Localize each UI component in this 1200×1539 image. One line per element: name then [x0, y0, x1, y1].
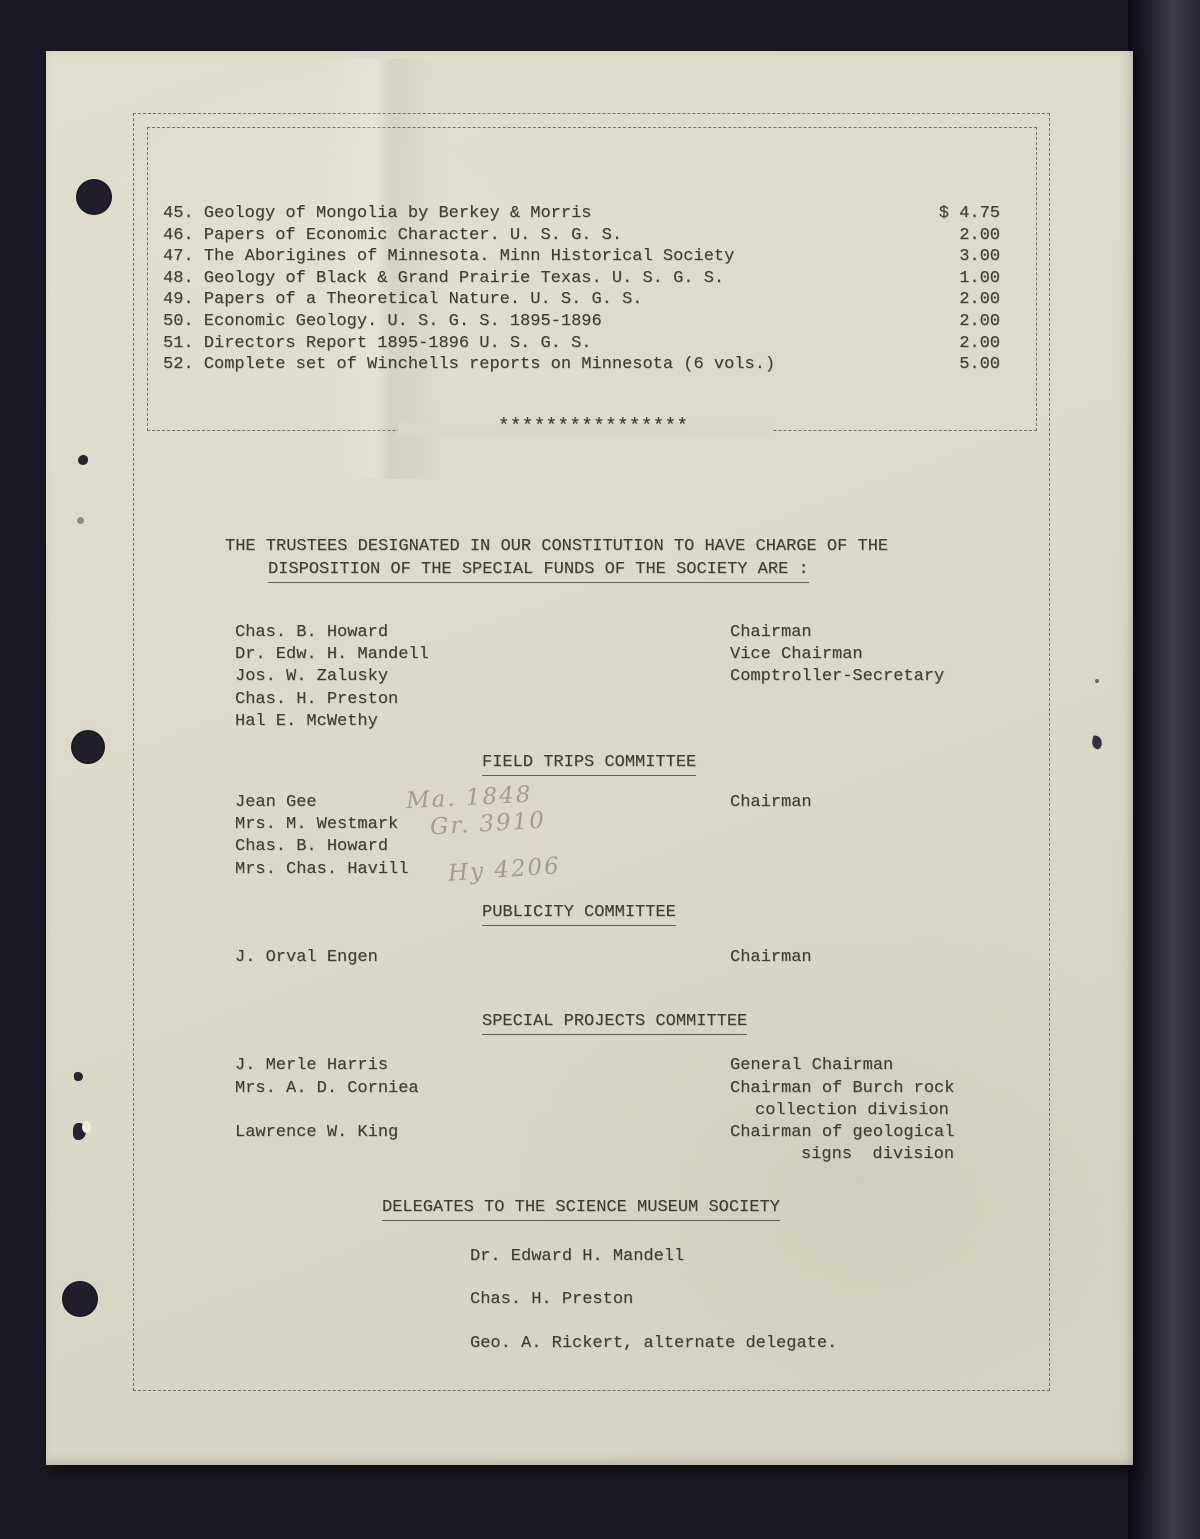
punch-hole — [76, 179, 112, 215]
trustee-name: Jos. W. Zalusky — [235, 667, 388, 687]
ink-mark — [1091, 735, 1103, 750]
punch-hole — [71, 730, 105, 764]
member-role: Chairman of Burch rock — [730, 1079, 954, 1099]
paper-speck — [74, 1072, 83, 1081]
trustee-role: Vice Chairman — [730, 645, 863, 665]
committee-heading-field-trips: FIELD TRIPS COMMITTEE — [482, 753, 696, 776]
price-list-row: 46. Papers of Economic Character. U. S. … — [163, 226, 1000, 246]
member-name: Mrs. Chas. Havill — [235, 860, 408, 880]
trustee-role: Comptroller-Secretary — [730, 667, 944, 687]
trustee-name: Hal E. McWethy — [235, 712, 378, 732]
member-role: Chairman — [730, 793, 812, 813]
price-item-amount: $ 4.75 — [939, 204, 1000, 224]
member-name: Mrs. A. D. Corniea — [235, 1079, 419, 1099]
trustees-heading-line1: THE TRUSTEES DESIGNATED IN OUR CONSTITUT… — [225, 537, 888, 557]
trustee-name: Dr. Edw. H. Mandell — [235, 645, 429, 665]
price-item-label: 49. Papers of a Theoretical Nature. U. S… — [163, 290, 642, 310]
price-item-amount: 5.00 — [959, 355, 1000, 375]
committee-heading-publicity: PUBLICITY COMMITTEE — [482, 903, 676, 926]
member-name: Jean Gee — [235, 793, 317, 813]
price-item-label: 47. The Aborigines of Minnesota. Minn Hi… — [163, 247, 734, 267]
price-item-amount: 3.00 — [959, 247, 1000, 267]
member-name: J. Merle Harris — [235, 1056, 388, 1076]
price-item-label: 51. Directors Report 1895-1896 U. S. G. … — [163, 334, 591, 354]
price-item-amount: 2.00 — [959, 334, 1000, 354]
asterisk-separator: **************** — [498, 416, 688, 438]
price-item-amount: 2.00 — [959, 226, 1000, 246]
trustee-name: Chas. H. Preston — [235, 690, 398, 710]
scanner-bed-edge — [1128, 0, 1200, 1539]
price-item-label: 48. Geology of Black & Grand Prairie Tex… — [163, 269, 724, 289]
price-list-row: 51. Directors Report 1895-1896 U. S. G. … — [163, 334, 1000, 354]
price-item-amount: 2.00 — [959, 312, 1000, 332]
member-name: Mrs. M. Westmark — [235, 815, 398, 835]
member-role: Chairman — [730, 948, 812, 968]
scanned-page: 45. Geology of Mongolia by Berkey & Morr… — [46, 51, 1133, 1465]
member-role: Chairman of geological — [730, 1123, 954, 1143]
trustee-name: Chas. B. Howard — [235, 623, 388, 643]
price-item-amount: 1.00 — [959, 269, 1000, 289]
price-item-label: 52. Complete set of Winchells reports on… — [163, 355, 775, 375]
trustee-role: Chairman — [730, 623, 812, 643]
delegates-heading: DELEGATES TO THE SCIENCE MUSEUM SOCIETY — [382, 1198, 780, 1221]
delegate-name: Geo. A. Rickert, alternate delegate. — [470, 1334, 837, 1354]
member-role: General Chairman — [730, 1056, 893, 1076]
member-role-continuation: signs division — [801, 1145, 954, 1165]
price-item-label: 46. Papers of Economic Character. U. S. … — [163, 226, 622, 246]
price-list-row: 50. Economic Geology. U. S. G. S. 1895-1… — [163, 312, 1000, 332]
price-item-label: 50. Economic Geology. U. S. G. S. 1895-1… — [163, 312, 602, 332]
paper-tear-highlight — [82, 1121, 91, 1133]
price-list-row: 48. Geology of Black & Grand Prairie Tex… — [163, 269, 1000, 289]
member-name: J. Orval Engen — [235, 948, 378, 968]
price-item-label: 45. Geology of Mongolia by Berkey & Morr… — [163, 204, 591, 224]
punch-hole — [62, 1281, 98, 1317]
trustees-heading-line2: DISPOSITION OF THE SPECIAL FUNDS OF THE … — [268, 560, 809, 583]
member-name: Lawrence W. King — [235, 1123, 398, 1143]
price-list-row: 47. The Aborigines of Minnesota. Minn Hi… — [163, 247, 1000, 267]
delegate-name: Dr. Edward H. Mandell — [470, 1247, 684, 1267]
member-name: Chas. B. Howard — [235, 837, 388, 857]
paper-speck — [78, 455, 88, 465]
paper-speck — [77, 517, 84, 524]
price-list-row: 52. Complete set of Winchells reports on… — [163, 355, 1000, 375]
member-role-continuation: collection division — [755, 1101, 949, 1121]
price-list-row: 45. Geology of Mongolia by Berkey & Morr… — [163, 204, 1000, 224]
price-item-amount: 2.00 — [959, 290, 1000, 310]
scan-background: { "colors": { "paper": "#dcd9c8", "backg… — [0, 0, 1200, 1539]
price-list-row: 49. Papers of a Theoretical Nature. U. S… — [163, 290, 1000, 310]
committee-heading-special-projects: SPECIAL PROJECTS COMMITTEE — [482, 1012, 747, 1035]
delegate-name: Chas. H. Preston — [470, 1290, 633, 1310]
ink-dot — [1095, 679, 1099, 683]
